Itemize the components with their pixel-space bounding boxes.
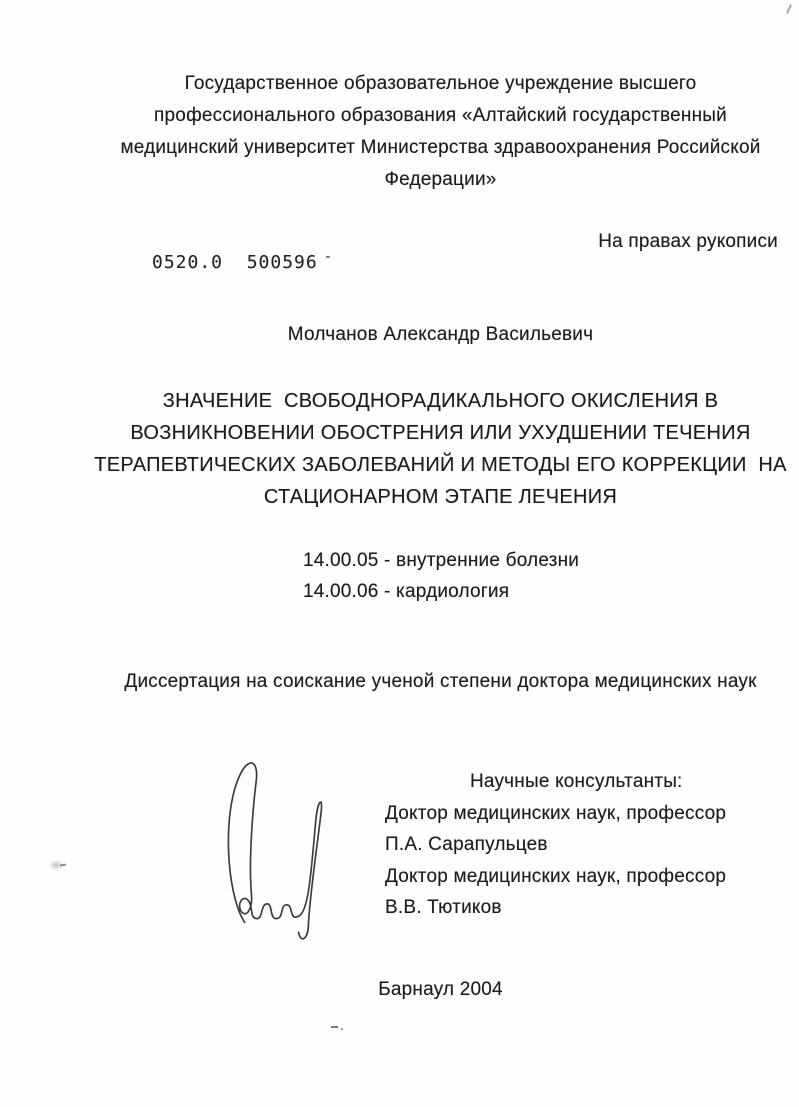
consultant-name-2: В.В. Тютиков <box>385 892 745 924</box>
degree-statement: Диссертация на соискание ученой степени … <box>81 670 799 694</box>
accession-number-stamp: 0520.0 500596- <box>152 251 333 276</box>
scientific-consultants-block: Научные консультанты: Доктор медицинских… <box>385 766 745 924</box>
institution-line-2: профессионального образования «Алтайский… <box>81 100 799 132</box>
consultants-heading: Научные консультанты: <box>470 766 745 798</box>
stamp-tick-mark: - <box>324 245 333 269</box>
scan-artifact-top-right-tick <box>786 4 792 14</box>
consultant-degree-line-1: Доктор медицинских наук, профессор <box>385 798 745 830</box>
institution-header: Государственное образовательное учрежден… <box>81 68 799 196</box>
scan-artifact-left-smudge <box>49 860 63 870</box>
institution-line-1: Государственное образовательное учрежден… <box>81 68 799 100</box>
manuscript-rights-note: На правах рукописи <box>598 231 778 253</box>
title-line-3: ТЕРАПЕВТИЧЕСКИХ ЗАБОЛЕВАНИЙ И МЕТОДЫ ЕГО… <box>81 449 799 481</box>
specialty-codes: 14.00.05 - внутренние болезни 14.00.06 -… <box>303 545 579 607</box>
specialty-code-cardiology: 14.00.06 - кардиология <box>303 576 579 607</box>
scanned-dissertation-title-page: Государственное образовательное учрежден… <box>0 0 799 1107</box>
title-line-1: ЗНАЧЕНИЕ СВОБОДНОРАДИКАЛЬНОГО ОКИСЛЕНИЯ … <box>81 385 799 417</box>
specialty-code-internal-medicine: 14.00.05 - внутренние болезни <box>303 545 579 576</box>
stamp-number: 0520.0 500596 <box>152 252 318 273</box>
handwritten-signature <box>212 750 340 946</box>
consultant-name-1: П.А. Сарапульцев <box>385 829 745 861</box>
city-and-year: Барнаул 2004 <box>81 978 799 1002</box>
scan-artifact-bottom-dash <box>331 1026 338 1028</box>
institution-line-3: медицинский университет Министерства здр… <box>81 132 799 164</box>
dissertation-title: ЗНАЧЕНИЕ СВОБОДНОРАДИКАЛЬНОГО ОКИСЛЕНИЯ … <box>81 385 799 513</box>
author-name: Молчанов Александр Васильевич <box>81 323 799 347</box>
consultant-degree-line-2: Доктор медицинских наук, профессор <box>385 861 745 893</box>
title-line-2: ВОЗНИКНОВЕНИИ ОБОСТРЕНИЯ ИЛИ УХУДШЕНИИ Т… <box>81 417 799 449</box>
title-line-4: СТАЦИОНАРНОМ ЭТАПЕ ЛЕЧЕНИЯ <box>81 481 799 513</box>
scan-artifact-bottom-dot <box>341 1028 343 1030</box>
scan-artifact-left-dash <box>60 864 66 867</box>
institution-line-4: Федерации» <box>81 164 799 196</box>
